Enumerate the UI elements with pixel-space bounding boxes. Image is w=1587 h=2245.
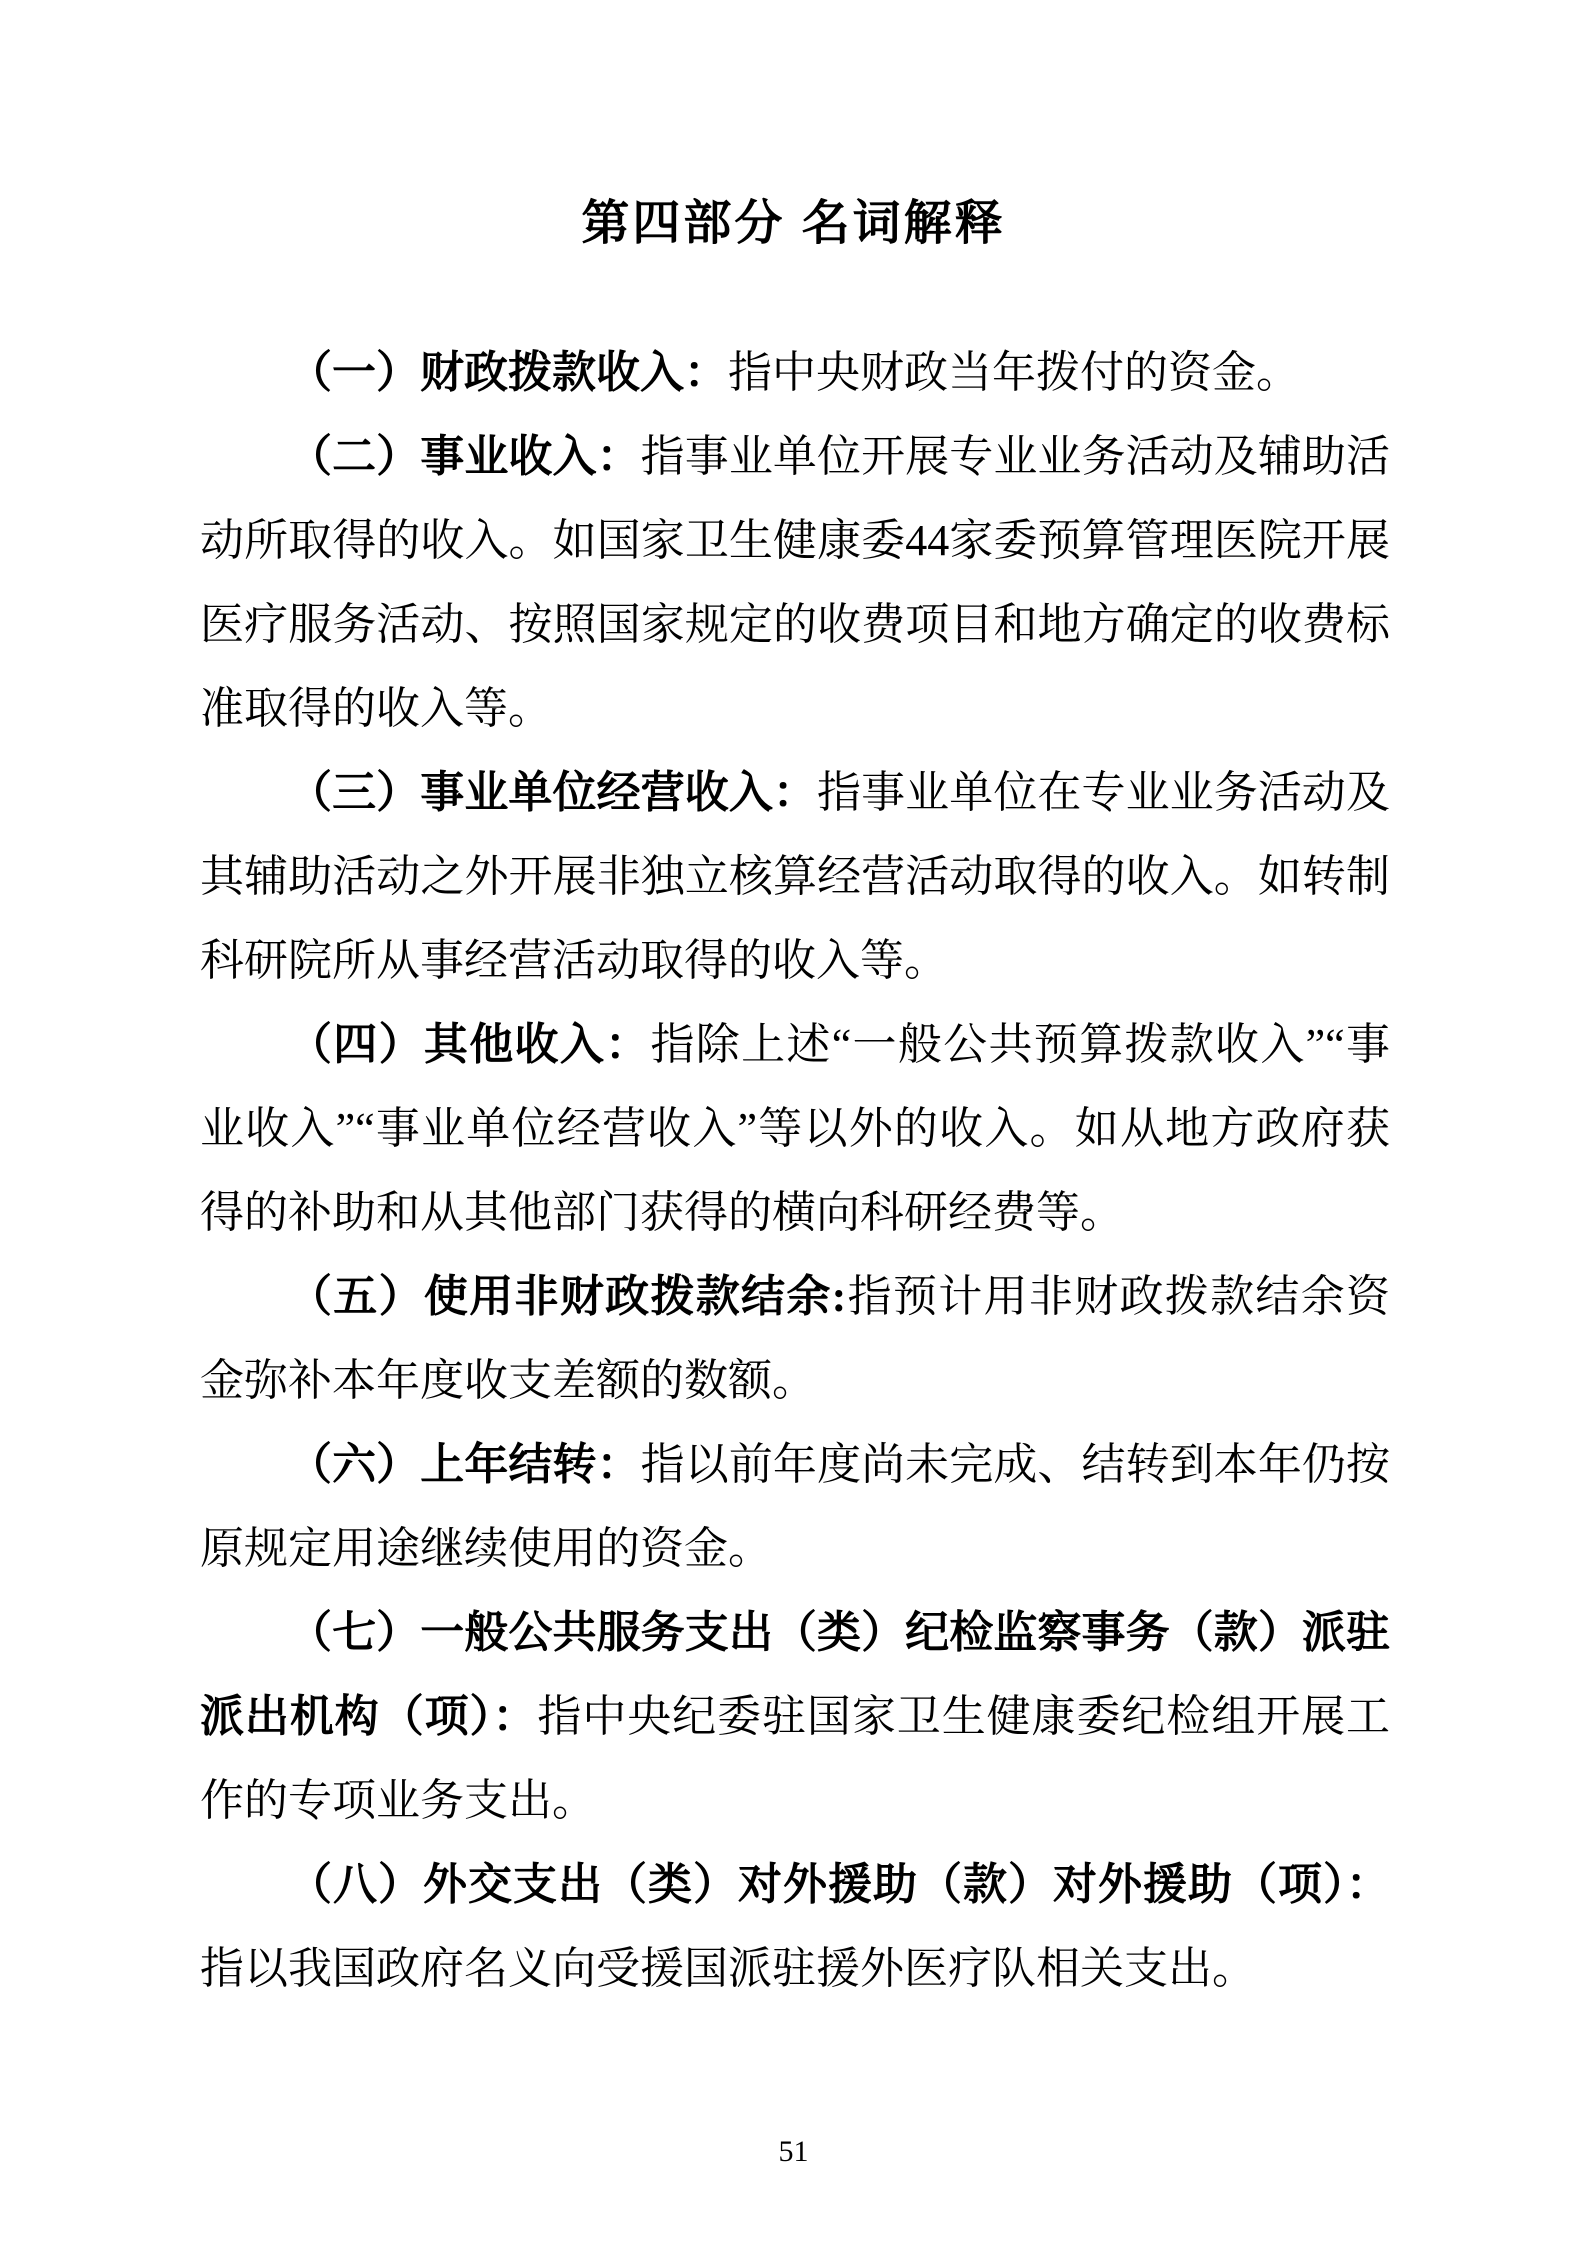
definition-paragraph-3: （三）事业单位经营收入：指事业单位在专业业务活动及其辅助活动之外开展非独立核算经… [200,751,1390,1003]
term-label-4: （四）其他收入： [288,1020,650,1069]
glossary-body: （一）财政拨款收入：指中央财政当年拨付的资金。 （二）事业收入：指事业单位开展专… [200,331,1390,2011]
document-page: 第四部分 名词解释 （一）财政拨款收入：指中央财政当年拨付的资金。 （二）事业收… [0,0,1587,2245]
term-label-5: （五）使用非财政拨款结余: [288,1272,846,1321]
term-label-3: （三）事业单位经营收入： [288,768,817,817]
definition-paragraph-1: （一）财政拨款收入：指中央财政当年拨付的资金。 [200,331,1390,415]
term-label-2: （二）事业收入： [288,432,641,481]
definition-paragraph-5: （五）使用非财政拨款结余:指预计用非财政拨款结余资金弥补本年度收支差额的数额。 [200,1255,1390,1423]
definition-paragraph-8: （八）外交支出（类）对外援助（款）对外援助（项）：指以我国政府名义向受援国派驻援… [200,1843,1390,2011]
definition-paragraph-2: （二）事业收入：指事业单位开展专业业务活动及辅助活动所取得的收入。如国家卫生健康… [200,415,1390,751]
definition-paragraph-4: （四）其他收入：指除上述“一般公共预算拨款收入”“事业收入”“事业单位经营收入”… [200,1003,1390,1255]
definition-paragraph-6: （六）上年结转：指以前年度尚未完成、结转到本年仍按原规定用途继续使用的资金。 [200,1423,1390,1591]
term-definition-8: 指以我国政府名义向受援国派驻援外医疗队相关支出。 [200,1944,1256,1993]
page-number: 51 [0,2132,1587,2172]
page-title: 第四部分 名词解释 [0,196,1587,252]
definition-paragraph-7: （七）一般公共服务支出（类）纪检监察事务（款）派驻派出机构（项）：指中央纪委驻国… [200,1591,1390,1843]
term-label-1: （一）财政拨款收入： [288,348,728,397]
term-label-8: （八）外交支出（类）对外援助（款）对外援助（项）： [288,1860,1390,1909]
term-definition-1: 指中央财政当年拨付的资金。 [728,348,1300,397]
term-label-6: （六）上年结转： [288,1440,641,1489]
